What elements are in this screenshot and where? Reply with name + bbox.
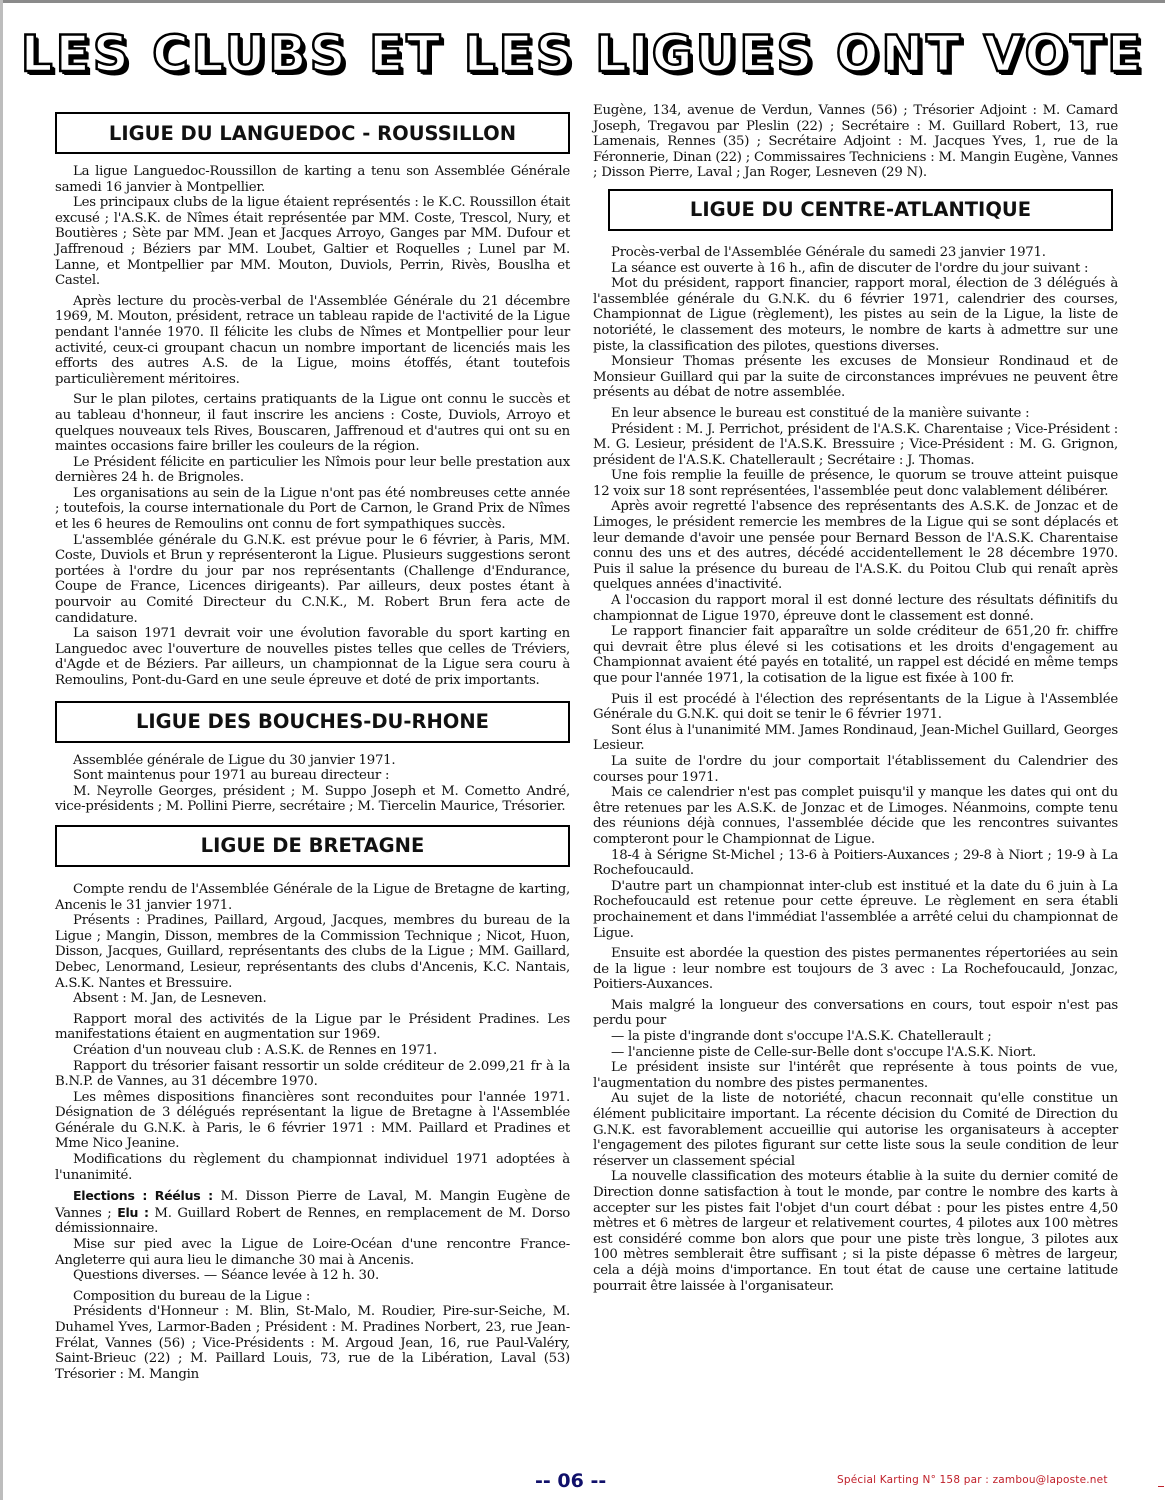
- paragraph: En leur absence le bureau est constitué …: [593, 406, 1118, 422]
- paragraph: Mais ce calendrier n'est pas complet pui…: [593, 785, 1118, 847]
- paragraph: 18-4 à Sérigne St-Michel ; 13-6 à Poitie…: [593, 848, 1118, 879]
- paragraph: La séance est ouverte à 16 h., afin de d…: [593, 261, 1118, 277]
- page-frame-left: [0, 0, 3, 1500]
- section-title-centre-atlantique: LIGUE DU CENTRE-ATLANTIQUE: [608, 189, 1113, 231]
- paragraph: Le président insiste sur l'intérêt que r…: [593, 1060, 1118, 1091]
- footer-dash: [1158, 1486, 1164, 1487]
- paragraph: Président : M. J. Perrichot, président d…: [593, 422, 1118, 469]
- paragraph-continued: Eugène, 134, avenue de Verdun, Vannes (5…: [593, 103, 1118, 181]
- elu-label: Elu :: [117, 1205, 149, 1220]
- paragraph: Assemblée générale de Ligue du 30 janvie…: [55, 753, 570, 769]
- section-title-bretagne: LIGUE DE BRETAGNE: [55, 825, 570, 867]
- article-centre-atlantique: Procès-verbal de l'Assemblée Générale du…: [593, 245, 1118, 1294]
- paragraph: Présents : Pradines, Paillard, Argoud, J…: [55, 913, 570, 991]
- paragraph: Les organisations au sein de la Ligue n'…: [55, 486, 570, 533]
- article-bretagne: Compte rendu de l'Assemblée Générale de …: [55, 877, 570, 1382]
- elections-label: Elections :: [73, 1188, 147, 1203]
- left-column: LIGUE DU LANGUEDOC - ROUSSILLON La ligue…: [55, 112, 570, 1382]
- article-bouches-du-rhone: Assemblée générale de Ligue du 30 janvie…: [55, 753, 570, 815]
- elections-paragraph: Elections : Réélus : M. Disson Pierre de…: [55, 1188, 570, 1237]
- paragraph: Rapport moral des activités de la Ligue …: [55, 1012, 570, 1043]
- paragraph: Une fois remplie la feuille de présence,…: [593, 468, 1118, 499]
- paragraph: Absent : M. Jan, de Lesneven.: [55, 991, 570, 1007]
- paragraph: Rapport du trésorier faisant ressortir u…: [55, 1059, 570, 1090]
- page-frame-top: [0, 0, 1165, 3]
- paragraph: La suite de l'ordre du jour comportait l…: [593, 754, 1118, 785]
- paragraph: Sont maintenus pour 1971 au bureau direc…: [55, 768, 570, 784]
- right-column: Eugène, 134, avenue de Verdun, Vannes (5…: [593, 103, 1118, 1294]
- paragraph: Les principaux clubs de la ligue étaient…: [55, 195, 570, 289]
- paragraph: D'autre part un championnat inter-club e…: [593, 879, 1118, 941]
- scan-credit: Spécial Karting N° 158 par : zambou@lapo…: [837, 1474, 1108, 1486]
- paragraph: Mise sur pied avec la Ligue de Loire-Océ…: [55, 1237, 570, 1268]
- paragraph: Mot du président, rapport financier, rap…: [593, 276, 1118, 354]
- paragraph: Sont élus à l'unanimité MM. James Rondin…: [593, 723, 1118, 754]
- paragraph: La ligue Languedoc-Roussillon de karting…: [55, 164, 570, 195]
- paragraph: Présidents d'Honneur : M. Blin, St-Malo,…: [55, 1304, 570, 1382]
- paragraph: Le rapport financier fait apparaître un …: [593, 624, 1118, 686]
- paragraph: Mais malgré la longueur des conversation…: [593, 998, 1118, 1029]
- section-title-languedoc: LIGUE DU LANGUEDOC - ROUSSILLON: [55, 112, 570, 154]
- paragraph: La nouvelle classification des moteurs é…: [593, 1169, 1118, 1294]
- paragraph: Ensuite est abordée la question des pist…: [593, 946, 1118, 993]
- article-languedoc: La ligue Languedoc-Roussillon de karting…: [55, 164, 570, 689]
- paragraph: Après lecture du procès-verbal de l'Asse…: [55, 294, 570, 388]
- section-title-bouches-du-rhone: LIGUE DES BOUCHES-DU-RHONE: [55, 701, 570, 743]
- paragraph: Procès-verbal de l'Assemblée Générale du…: [593, 245, 1118, 261]
- paragraph: Sur le plan pilotes, certains pratiquant…: [55, 392, 570, 454]
- paragraph: Composition du bureau de la Ligue :: [55, 1289, 570, 1305]
- paragraph: A l'occasion du rapport moral il est don…: [593, 593, 1118, 624]
- paragraph: La saison 1971 devrait voir une évolutio…: [55, 626, 570, 688]
- list-item: — l'ancienne piste de Celle-sur-Belle do…: [593, 1045, 1118, 1061]
- list-item: — la piste d'ingrande dont s'occupe l'A.…: [593, 1029, 1118, 1045]
- paragraph: Création d'un nouveau club : A.S.K. de R…: [55, 1043, 570, 1059]
- paragraph: L'assemblée générale du G.N.K. est prévu…: [55, 533, 570, 627]
- paragraph: Modifications du règlement du championna…: [55, 1152, 570, 1183]
- paragraph: Compte rendu de l'Assemblée Générale de …: [55, 882, 570, 913]
- page-headline: LES CLUBS ET LES LIGUES ONT VOTE: [0, 24, 1165, 84]
- page-number: -- 06 --: [535, 1470, 606, 1492]
- reelus-label: Réélus :: [155, 1188, 213, 1203]
- paragraph: Après avoir regretté l'absence des repré…: [593, 499, 1118, 593]
- paragraph: Au sujet de la liste de notoriété, chacu…: [593, 1091, 1118, 1169]
- paragraph: M. Neyrolle Georges, président ; M. Supp…: [55, 784, 570, 815]
- paragraph: Puis il est procédé à l'élection des rep…: [593, 692, 1118, 723]
- paragraph: Les mêmes dispositions financières sont …: [55, 1090, 570, 1152]
- paragraph: Monsieur Thomas présente les excuses de …: [593, 354, 1118, 401]
- paragraph: Le Président félicite en particulier les…: [55, 455, 570, 486]
- paragraph: Questions diverses. — Séance levée à 12 …: [55, 1268, 570, 1284]
